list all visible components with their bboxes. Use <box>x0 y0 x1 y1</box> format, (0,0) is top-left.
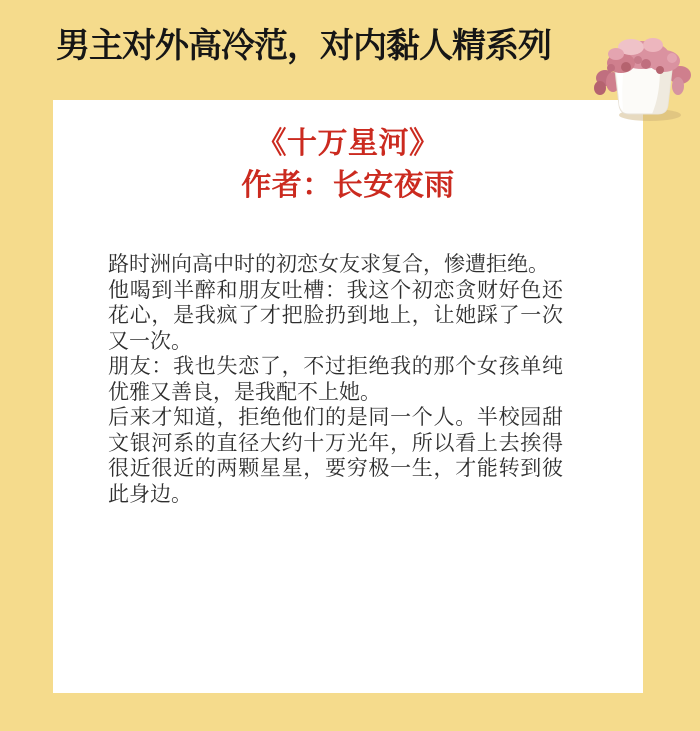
book-title: 《十万星河》 <box>53 123 643 165</box>
book-synopsis: 路时洲向高中时的初恋女友求复合，惨遭拒绝。 他喝到半醉和朋友吐槽：我这个初恋贪财… <box>108 252 563 507</box>
synopsis-paragraph: 朋友：我也失恋了，不过拒绝我的那个女孩单纯优雅又善良，是我配不上她。 <box>108 354 563 405</box>
book-title-block: 《十万星河》 作者：长安夜雨 <box>53 123 643 207</box>
page-title: 男主对外高冷范，对内黏人精系列 <box>56 26 551 66</box>
synopsis-paragraph: 后来才知道，拒绝他们的是同一个人。半校园甜文银河系的直径大约十万光年，所以看上去… <box>108 405 563 507</box>
flower-bucket-icon <box>590 18 694 122</box>
book-card: 《十万星河》 作者：长安夜雨 路时洲向高中时的初恋女友求复合，惨遭拒绝。 他喝到… <box>53 100 643 693</box>
book-author: 作者：长安夜雨 <box>53 165 643 207</box>
synopsis-paragraph: 路时洲向高中时的初恋女友求复合，惨遭拒绝。 <box>108 252 563 278</box>
synopsis-paragraph: 他喝到半醉和朋友吐槽：我这个初恋贪财好色还花心，是我疯了才把脸扔到地上，让她踩了… <box>108 278 563 355</box>
